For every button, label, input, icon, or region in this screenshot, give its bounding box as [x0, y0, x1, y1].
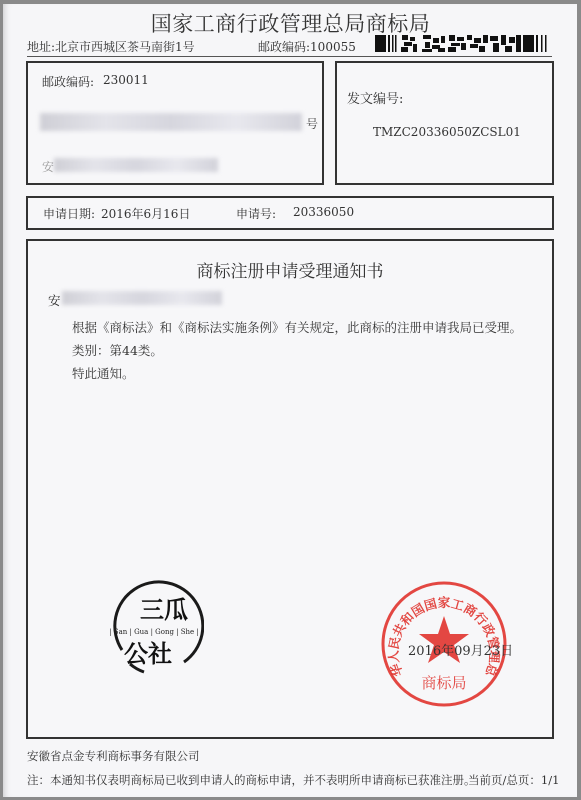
header-divider	[27, 56, 552, 57]
notice-closing: 特此通知。	[72, 364, 135, 382]
trademark-logo: 三瓜 | San | Gua | Gong | She | 公社	[104, 580, 204, 680]
application-date-label: 申请日期:	[43, 205, 95, 222]
logo-pinyin: | San | Gua | Gong | She |	[109, 628, 199, 636]
application-number-label: 申请号:	[236, 205, 276, 222]
recipient-postal-value: 230011	[103, 73, 149, 87]
doc-number-value: TMZC20336050ZCSL01	[373, 125, 521, 139]
application-info-box: 申请日期: 2016年6月16日 申请号: 20336050	[26, 196, 554, 230]
doc-number-label: 发文编号:	[347, 88, 403, 107]
application-number-value: 20336050	[293, 205, 354, 219]
notice-title: 商标注册申请受理通知书	[28, 257, 552, 282]
redacted-applicant-name	[62, 291, 222, 305]
document-number-box: 发文编号: TMZC20336050ZCSL01	[335, 61, 554, 185]
recipient-postal-label: 邮政编码:	[42, 73, 94, 90]
issuer-postal-code: 邮政编码:100055	[258, 38, 356, 55]
seal-center-text: 商标局	[421, 674, 466, 692]
logo-top-chars: 三瓜	[140, 596, 188, 624]
applicant-prefix: 安	[48, 291, 61, 309]
address-suffix: 号	[306, 115, 318, 132]
issue-date: 2016年09月23日	[408, 640, 513, 659]
recipient-box: 邮政编码: 230011 号 安	[26, 61, 324, 185]
application-date-value: 2016年6月16日	[101, 205, 190, 222]
footer-note: 注：本通知书仅表明商标局已收到申请人的商标申请，并不表明所申请商标已获准注册。	[27, 772, 476, 788]
recipient-name-prefix: 安	[42, 158, 54, 175]
issuer-title: 国家工商行政管理总局商标局	[0, 8, 581, 38]
issuer-address: 地址:北京市西城区茶马南街1号	[27, 38, 195, 55]
notice-paragraph: 根据《商标法》和《商标法实施条例》有关规定，此商标的注册申请我局已受理。	[72, 318, 522, 336]
trademark-category: 类别：第44类。	[72, 341, 163, 359]
agency-name: 安徽省点金专利商标事务有限公司	[27, 748, 200, 764]
redacted-address	[40, 113, 302, 131]
page-indicator: 当前页/总页：1/1	[468, 772, 559, 788]
redacted-recipient-name	[54, 158, 218, 172]
barcode-icon	[375, 35, 553, 52]
logo-bottom-chars: 公社	[124, 640, 172, 668]
